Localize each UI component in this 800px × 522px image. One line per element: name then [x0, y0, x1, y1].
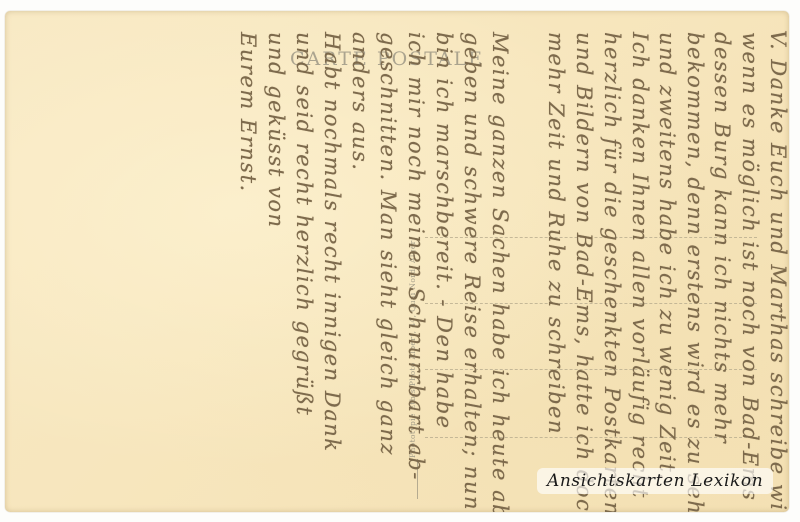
- handwriting-line: Meine ganzen Sachen habe ich heute ab-: [488, 32, 512, 512]
- handwriting-line: herzlich für die geschenkten Postkarten: [600, 32, 624, 512]
- handwriting-line: ich mir noch meinen Schnurrbart ab-: [404, 32, 428, 481]
- handwriting-line: Eurem Ernst.: [236, 32, 260, 193]
- handwriting-line: bin ich marschbereit. - Den habe: [432, 32, 456, 430]
- handwriting-line: und zweitens habe ich zu wenig Zeit.: [655, 32, 679, 481]
- handwriting-line: Ich danken Ihnen allen vorläufig recht: [628, 32, 652, 499]
- handwriting-line: geschnitten. Man sieht gleich ganz: [376, 32, 400, 456]
- handwriting-line: und seid recht herzlich gegrüßt: [292, 32, 316, 416]
- postcard-back: CARTE POSTALE Phototypie Etbis Photo Alb…: [5, 11, 789, 512]
- handwriting-line: anders aus.: [348, 32, 372, 171]
- handwriting-line: Habt nochmals recht innigen Dank: [320, 32, 344, 452]
- handwriting-line: V. Danke Euch und Marthas schreibe wir: [766, 30, 789, 512]
- handwriting-line: mehr Zeit und Ruhe zu schreiben: [544, 32, 568, 435]
- handwriting-line: dessen Burg kann ich nichts mehr: [710, 32, 734, 444]
- handwriting-line: geben und schwere Reise erhalten; nun: [460, 32, 484, 511]
- handwriting-line: und Bildern von Bad-Ems, hatte ich doch: [572, 32, 596, 512]
- handwriting-line: bekommen, denn erstens wird es zu sehr: [683, 32, 707, 512]
- handwriting-line: und geküsst von: [264, 32, 288, 229]
- ansichtskarten-lexikon-watermark: Ansichtskarten Lexikon: [537, 468, 773, 494]
- scanned-image: CARTE POSTALE Phototypie Etbis Photo Alb…: [0, 0, 800, 522]
- handwriting-line: wenn es möglich ist noch von Bad-Ems: [738, 32, 762, 501]
